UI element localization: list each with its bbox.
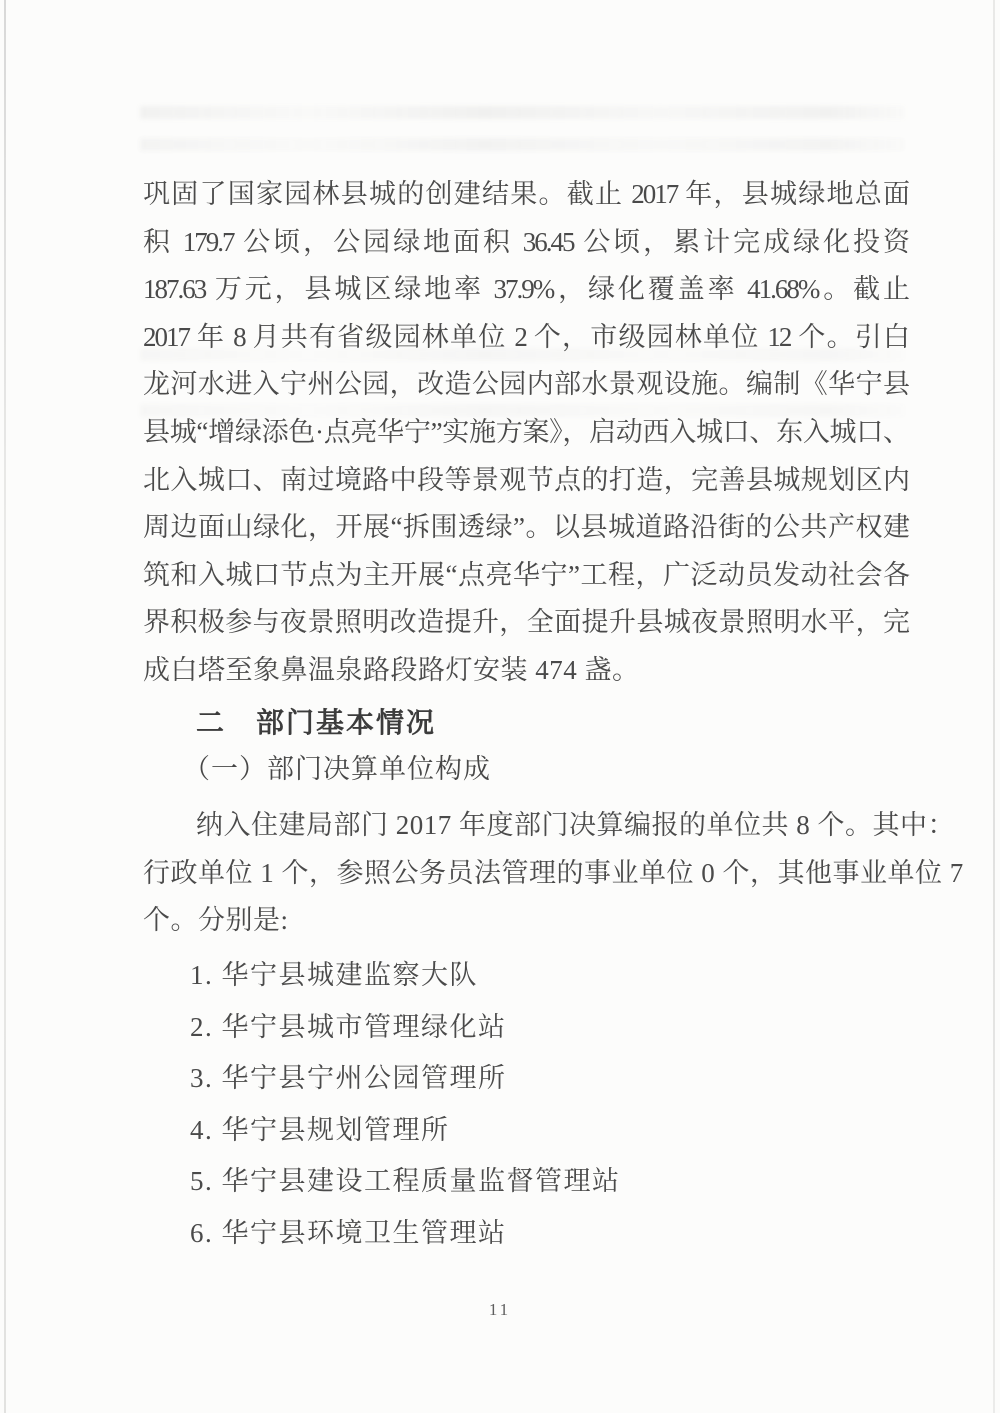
bleedthrough-artifact bbox=[140, 138, 905, 151]
body-paragraph-units-intro: 纳入住建局部门 2017 年度部门决算编报的单位共 8 个。其中： 行政单位 1… bbox=[143, 802, 908, 945]
subsection-heading: （一）部门决算单位构成 bbox=[143, 746, 948, 792]
paragraph-line: 2017 年 8 月共有省级园林单位 2 个，市级园林单位 12 个。引白 bbox=[143, 314, 908, 362]
paragraph-line: 界积极参与夜景照明改造提升，全面提升县城夜景照明水平，完 bbox=[143, 599, 908, 647]
paragraph-line: 县城“增绿添色·点亮华宁”实施方案》，启动西入城口、东入城口、 bbox=[143, 409, 908, 457]
paragraph-line: 周边面山绿化，开展“拆围透绿”。以县城道路沿街的公共产权建 bbox=[143, 504, 908, 552]
list-item: 6. 华宁县环境卫生管理站 bbox=[143, 1208, 908, 1260]
paragraph-line: 行政单位 1 个，参照公务员法管理的事业单位 0 个，其他事业单位 7 bbox=[143, 850, 908, 898]
paragraph-line: 巩固了国家园林县城的创建结果。截止 2017 年，县城绿地总面 bbox=[143, 171, 908, 219]
list-item: 5. 华宁县建设工程质量监督管理站 bbox=[143, 1156, 908, 1208]
paragraph-line: 龙河水进入宁州公园，改造公园内部水景观设施。编制《华宁县 bbox=[143, 361, 908, 409]
unit-list: 1. 华宁县城建监察大队 2. 华宁县城市管理绿化站 3. 华宁县宁州公园管理所… bbox=[143, 950, 908, 1260]
page-number: 11 bbox=[0, 1300, 1000, 1320]
paragraph-line: 187.63 万元，县城区绿地率 37.9%，绿化覆盖率 41.68%。截止 bbox=[143, 266, 908, 314]
scan-edge-right bbox=[993, 0, 995, 1413]
paragraph-line: 纳入住建局部门 2017 年度部门决算编报的单位共 8 个。其中： bbox=[143, 802, 908, 850]
list-item: 3. 华宁县宁州公园管理所 bbox=[143, 1053, 908, 1105]
paragraph-line: 积 179.7 公顷，公园绿地面积 36.45 公顷，累计完成绿化投资 bbox=[143, 219, 908, 267]
list-item: 4. 华宁县规划管理所 bbox=[143, 1105, 908, 1157]
paragraph-line: 北入城口、南过境路中段等景观节点的打造，完善县城规划区内 bbox=[143, 457, 908, 505]
list-item: 1. 华宁县城建监察大队 bbox=[143, 950, 908, 1002]
paragraph-line: 个。分别是: bbox=[143, 897, 908, 945]
paragraph-line: 成白塔至象鼻温泉路段路灯安装 474 盏。 bbox=[143, 647, 908, 695]
paragraph-line: 筑和入城口节点为主开展“点亮华宁”工程，广泛动员发动社会各 bbox=[143, 552, 908, 600]
list-item: 2. 华宁县城市管理绿化站 bbox=[143, 1002, 908, 1054]
body-paragraph-continued: 巩固了国家园林县城的创建结果。截止 2017 年，县城绿地总面 积 179.7 … bbox=[143, 171, 908, 695]
scan-edge-left bbox=[4, 0, 6, 1413]
bleedthrough-artifact bbox=[140, 106, 905, 119]
section-heading: 二 部门基本情况 bbox=[143, 700, 961, 746]
document-page: 巩固了国家园林县城的创建结果。截止 2017 年，县城绿地总面 积 179.7 … bbox=[0, 0, 1000, 1413]
